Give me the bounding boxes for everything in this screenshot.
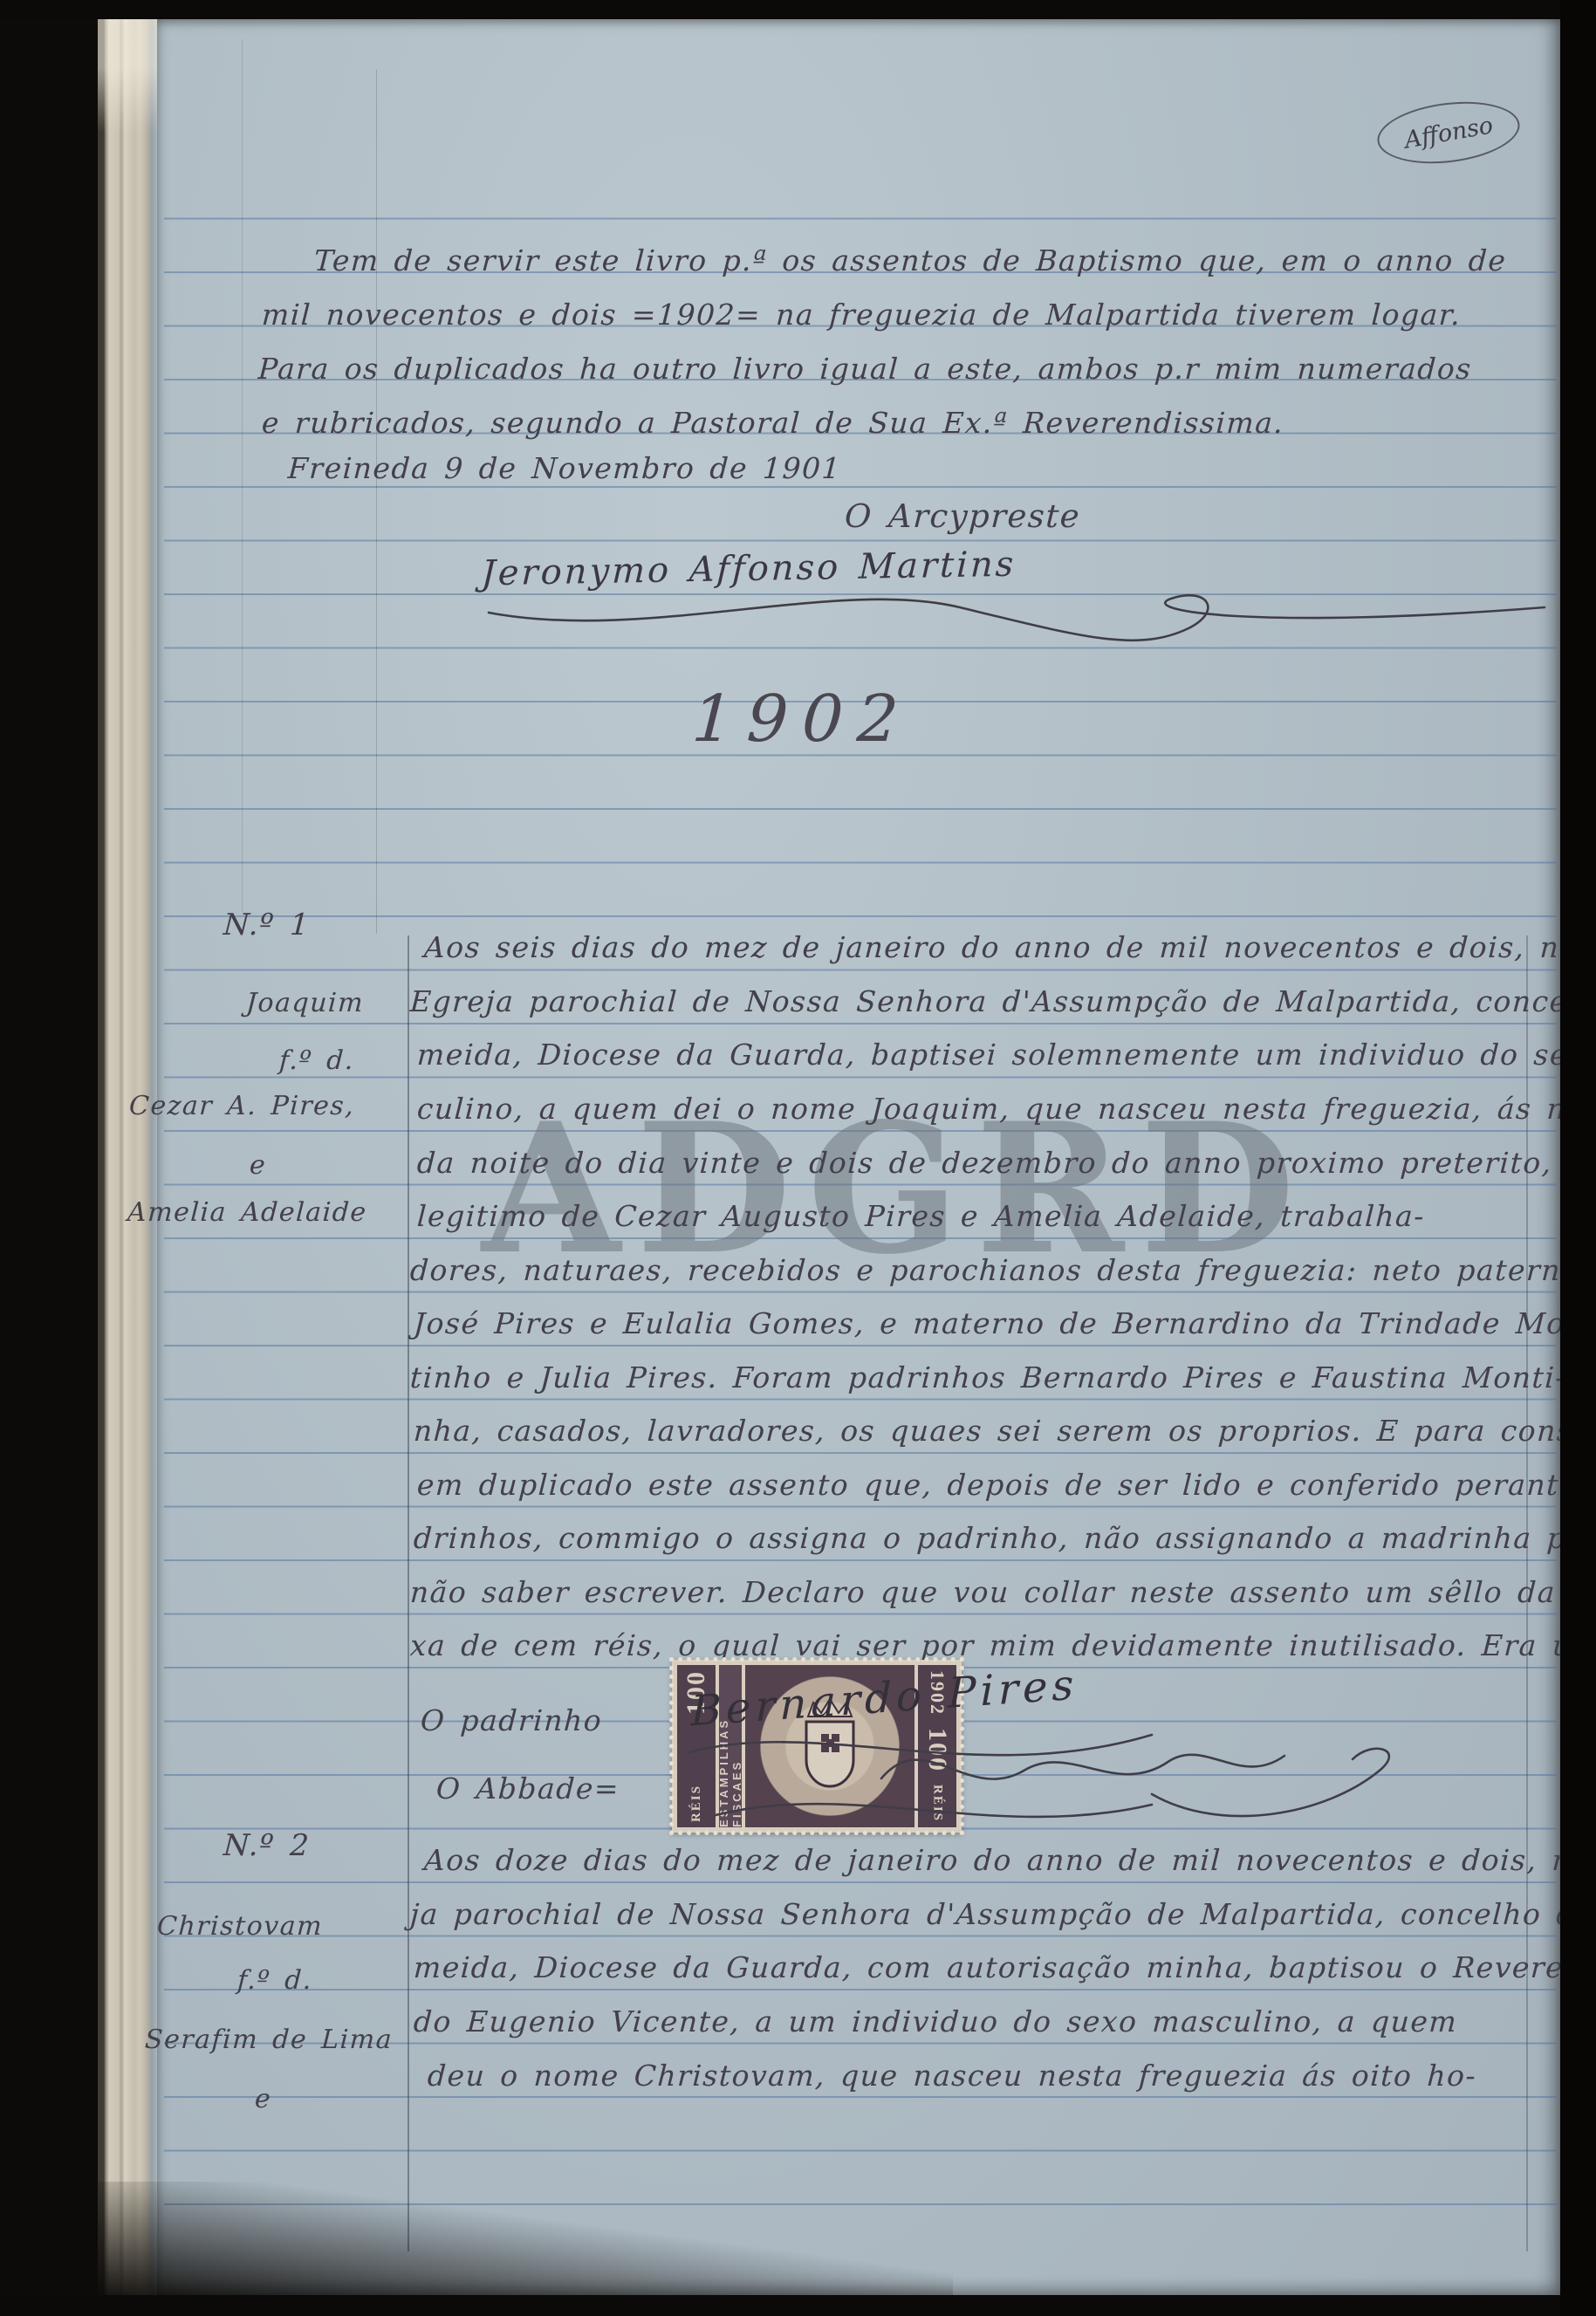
opening-line: Tem de servir este livro p.ª os assentos…: [313, 243, 1508, 278]
record1-line: meida, Diocese da Guarda, baptisei solem…: [416, 1038, 1596, 1072]
record2-margin-name: Christovam: [156, 1911, 324, 1943]
year-heading: 1902: [690, 681, 914, 758]
record1-line: xa de cem réis, o qual vai ser por mim d…: [409, 1628, 1596, 1663]
opening-dateline: Freineda 9 de Novembro de 1901: [287, 451, 842, 486]
record2-margin-conj: e: [254, 2084, 272, 2115]
photo-border-left: [0, 0, 98, 2316]
record1-line: legitimo de Cezar Augusto Pires e Amelia…: [416, 1199, 1426, 1234]
record1-line: Aos seis dias do mez de janeiro do anno …: [423, 930, 1596, 965]
record1-line: tinho e Julia Pires. Foram padrinhos Ber…: [409, 1360, 1567, 1395]
record2-line: meida, Diocese da Guarda, com autorisaçã…: [413, 1950, 1596, 1985]
signature-flourish: [471, 558, 1562, 654]
record2-line: ja parochial de Nossa Senhora d'Assumpçã…: [409, 1897, 1596, 1932]
rubric-name: Affonso: [1402, 112, 1495, 154]
opening-line: mil novecentos e dois =1902= na freguezi…: [261, 298, 1462, 332]
record1-margin-name: Joaquim: [245, 988, 365, 1019]
paper-crease: [242, 39, 243, 912]
paper-crease: [376, 70, 377, 934]
record1-margin-conj: e: [249, 1150, 267, 1182]
record2-number: N.º 2: [223, 1828, 311, 1864]
record2-margin-father: Serafim de Lima: [144, 2025, 394, 2056]
record1-margin-filiation: f.º d.: [278, 1045, 355, 1077]
register-page-photo: ADGRD Affonso Tem de servir este livro p…: [0, 0, 1596, 2316]
record2-margin-filiation: f.º d.: [236, 1965, 313, 1997]
record2-line: Aos doze dias do mez de janeiro do anno …: [423, 1843, 1596, 1878]
record1-line: em duplicado este assento que, depois de…: [416, 1468, 1596, 1503]
record1-line: não saber escrever. Declaro que vou coll…: [409, 1575, 1596, 1610]
record2-line: deu o nome Christovam, que nasceu nesta …: [427, 2059, 1477, 2093]
photo-border-bottom: [0, 2295, 1596, 2316]
abbade-signature-flourish: [663, 1710, 1414, 1850]
photo-border-top: [0, 0, 1596, 19]
padrinho-label: O padrinho: [420, 1703, 603, 1738]
record1-margin-father: Cezar A. Pires,: [128, 1091, 355, 1122]
abbade-label: O Abbade=: [435, 1771, 620, 1806]
record1-line: da noite do dia vinte e dois de dezembro…: [416, 1146, 1596, 1181]
record1-line: nha, casados, lavradores, os quaes sei s…: [413, 1414, 1596, 1449]
margin-rule-left: [408, 935, 409, 2251]
opening-line: Para os duplicados ha outro livro igual …: [257, 352, 1473, 387]
signer-title: O Arcypreste: [844, 497, 1081, 536]
record1-line: Egreja parochial de Nossa Senhora d'Assu…: [409, 984, 1596, 1019]
record1-margin-mother: Amelia Adelaide: [127, 1197, 368, 1229]
photo-border-right: [1560, 0, 1596, 2316]
record1-line: José Pires e Eulalia Gomes, e materno de…: [413, 1306, 1596, 1341]
record1-line: drinhos, commigo o assigna o padrinho, n…: [413, 1521, 1596, 1556]
record2-line: do Eugenio Vicente, a um individuo do se…: [413, 2004, 1458, 2039]
book-page-edges: [98, 19, 157, 2295]
record1-number: N.º 1: [223, 908, 311, 943]
record1-line: dores, naturaes, recebidos e parochianos…: [409, 1253, 1596, 1288]
record1-line: culino, a quem dei o nome Joaquim, que n…: [416, 1092, 1596, 1127]
bottom-shadow: [98, 2182, 953, 2295]
opening-line: e rubricados, segundo a Pastoral de Sua …: [261, 406, 1285, 441]
